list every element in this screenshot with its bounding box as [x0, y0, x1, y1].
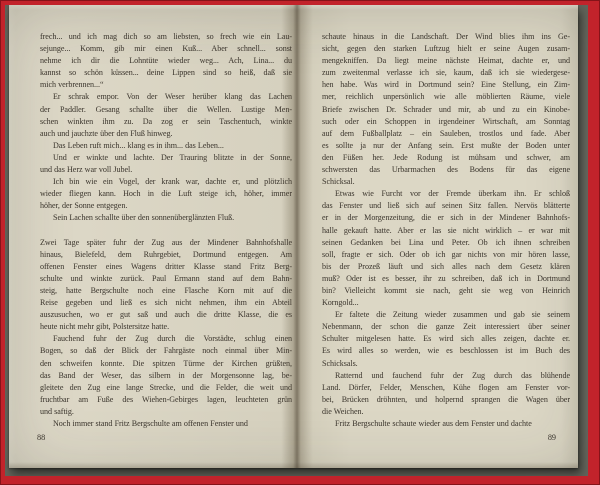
text-line: mich verbrennen...“: [40, 79, 292, 91]
text-line: auch und jauchzte über den Fluß hinweg.: [40, 128, 292, 140]
text-line: seinen Gedanken bei Lina und Peter. Ob i…: [322, 237, 570, 249]
text-line: nehme ich dir die Lohntüte wieder weg...…: [40, 55, 292, 67]
book-photo: frech... und ich mag dich so am liebsten…: [0, 0, 600, 485]
text-line: Nebenmann, der schon die ganze Zeit inte…: [322, 321, 570, 333]
text-line: Schulter mitgelesen hatte. Es wird sich …: [322, 333, 570, 345]
text-line: Und er winkte und lachte. Der Trauring b…: [40, 152, 292, 164]
text-line: mer, reichlich unpersönlich wie alle möb…: [322, 91, 570, 103]
text-line: Er schrak empor. Von der Weser herüber k…: [40, 91, 292, 103]
text-line: Briefe zwischen Dr. Schrader und mir, ab…: [322, 104, 570, 116]
text-line: such oder ein Schoppen in irgendeiner Wi…: [322, 116, 570, 128]
text-line: schen winkten ihm zu. Da zog er sein Tas…: [40, 116, 292, 128]
text-line: kannst so schön küssen... deine Lippen s…: [40, 67, 292, 79]
text-line: bin? Vielleicht kommt sie nach, geht sie…: [322, 285, 570, 297]
text-line: Bogen, so daß der Blick der Fahrgäste no…: [40, 345, 292, 357]
text-line: er in der Morgenzeitung, die er sich in …: [322, 212, 570, 224]
text-line: Ich bin wie ein Vogel, der krank war, da…: [40, 176, 292, 188]
text-line: Er faltete die Zeitung wieder zusammen u…: [322, 309, 570, 321]
text-line: sicht, gegen den starken Luftzug hielt e…: [322, 43, 570, 55]
text-line: Schicksal.: [322, 176, 570, 188]
book-spread: frech... und ich mag dich so am liebsten…: [9, 5, 578, 468]
text-line: muß? Oder ist es besser, ihr zu schreibe…: [322, 273, 570, 285]
text-line: den Füßen her. Jede Rodung ist mühsam un…: [322, 152, 570, 164]
text-line: offenen Fenster eines Wagens dritter Kla…: [40, 261, 292, 273]
text-line: Etwas wie Furcht vor der Fremde überkam …: [322, 188, 570, 200]
text-line: das Fenster und ließ sich auf seinen Sit…: [322, 200, 570, 212]
text-line: der Paddler. Gesang schallte über die We…: [40, 104, 292, 116]
text-line: Schicksals.: [322, 358, 570, 370]
text-line: fruchtbar am Fuße des Wiehen-Gebirges la…: [40, 394, 292, 406]
text-line: Zwei Tage später fuhr der Zug aus der Mi…: [40, 237, 292, 249]
text-line: es sollte ja nur der Anfang sein. Erst m…: [322, 140, 570, 152]
text-line: Das Leben ruft mich... klang es in ihm..…: [40, 140, 292, 152]
text-line: sejunge... Komm, gib mir einen Kuß... Ab…: [40, 43, 292, 55]
text-line: bis der Prozeß läuft und sich alles nach…: [322, 261, 570, 273]
text-line: auf dem Fußballplatz – ein Sauleben, tro…: [322, 128, 570, 140]
text-line: schaute hinaus in die Landschaft. Der Wi…: [322, 31, 570, 43]
text-line: hinaus, Bielefeld, dem Ruhrgebiet, Dortm…: [40, 249, 292, 261]
text-line: schulte und winkte zurück. Paul Ermann s…: [40, 273, 292, 285]
left-page: frech... und ich mag dich so am liebsten…: [40, 31, 292, 430]
text-line: höher, der Sonne entgegen.: [40, 200, 292, 212]
text-line: halle gekauft hatte. Aber er las sie nic…: [322, 225, 570, 237]
right-page: schaute hinaus in die Landschaft. Der Wi…: [322, 31, 570, 430]
text-line: heute nicht mehr gibt, Polstersitze hatt…: [40, 321, 292, 333]
page-number-right: 89: [322, 433, 556, 442]
text-line: steig, hatte Bergschulte noch eine Flasc…: [40, 285, 292, 297]
text-line: auszusuchen, wo er gut saß und auch die …: [40, 309, 292, 321]
text-line: Sein Lachen schallte über den sonnenüber…: [40, 212, 292, 224]
text-line: bei, Brücken dröhnten, und holpernd spra…: [322, 394, 570, 406]
text-line: mengekniffen. Da liegt meine nächste Hei…: [322, 55, 570, 67]
text-line: die Weichen.: [322, 406, 570, 418]
page-number-left: 88: [37, 433, 45, 442]
text-line: gleitete den Zug eine lange Strecke, und…: [40, 382, 292, 394]
text-line: und saftig.: [40, 406, 292, 418]
text-line: Reise gegeben und ließ es sich nicht neh…: [40, 297, 292, 309]
text-line: schwersten das Urbarmachen des Bodens fü…: [322, 164, 570, 176]
text-line: Korngold...: [322, 297, 570, 309]
text-line: Fritz Bergschulte schaute wieder aus dem…: [322, 418, 570, 430]
text-line: soll, fragte er sich. Oder ob ich gar ni…: [322, 249, 570, 261]
text-line: wieder fliegen kann. Hoch in die Luft st…: [40, 188, 292, 200]
text-line: Es wird alles so werden, wie es beschlos…: [322, 345, 570, 357]
text-line: hen habe. Was wird in Dortmund sein? Ein…: [322, 79, 570, 91]
text-line: den schweifen konnte. Die spitzen Türme …: [40, 358, 292, 370]
text-line: Fauchend fuhr der Zug durch die Vorstädt…: [40, 333, 292, 345]
text-line: Land. Dörfer, Felder, Menschen, Kühe flo…: [322, 382, 570, 394]
text-line: und das Herz war voll Jubel.: [40, 164, 292, 176]
text-line: zum zweitenmal verlasse ich sie, kaum, d…: [322, 67, 570, 79]
text-line: frech... und ich mag dich so am liebsten…: [40, 31, 292, 43]
text-line: das Band der Weser, das silbern in der M…: [40, 370, 292, 382]
text-line: Ratternd und fauchend fuhr der Zug durch…: [322, 370, 570, 382]
text-line: Noch immer stand Fritz Bergschulte am of…: [40, 418, 292, 430]
